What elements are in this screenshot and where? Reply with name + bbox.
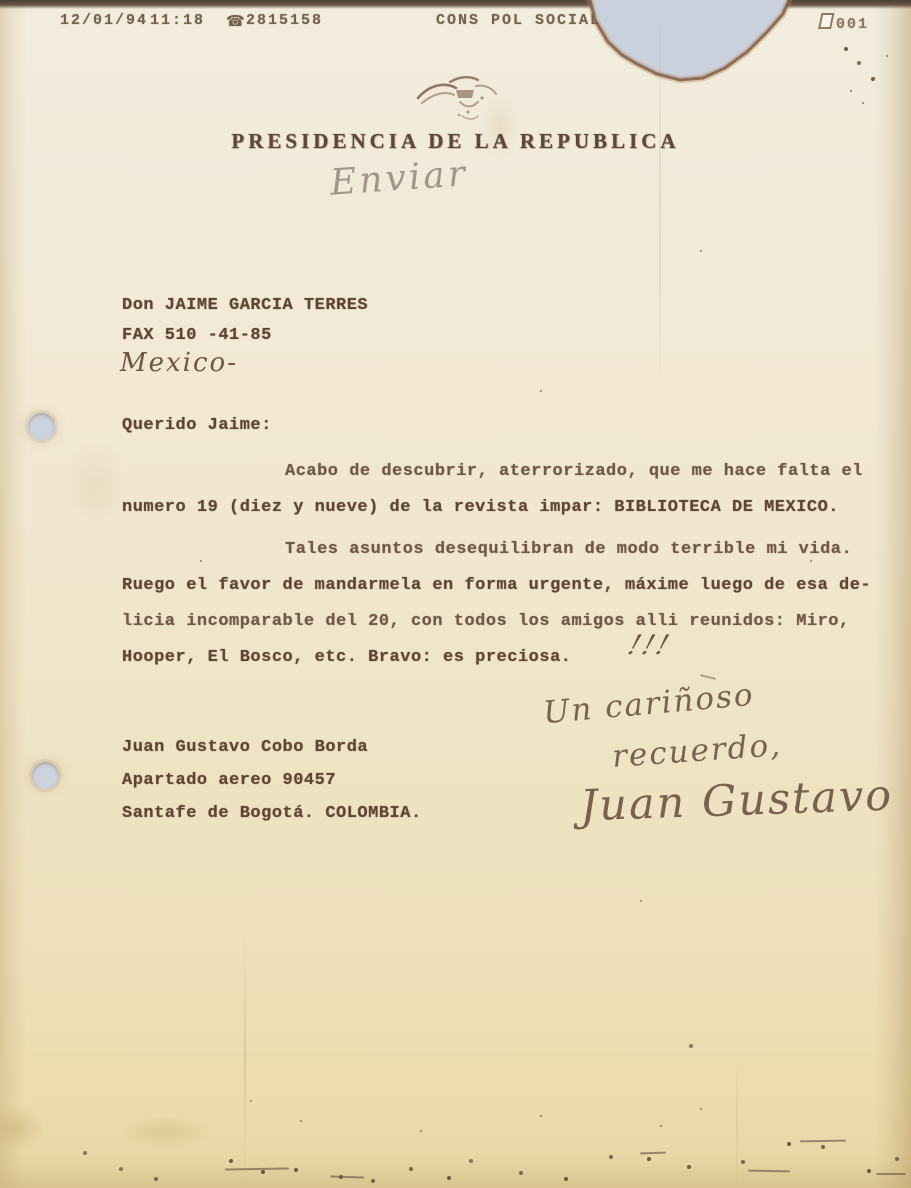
- paper-crease: [736, 1050, 738, 1188]
- sender-name: Juan Gustavo Cobo Borda: [122, 738, 368, 757]
- body-line: numero 19 (diez y nueve) de la revista i…: [122, 498, 839, 517]
- recipient-country-handwritten: Mexico-: [120, 348, 238, 378]
- torn-corner: [575, 0, 825, 95]
- recipient-name: Don JAIME GARCIA TERRES: [122, 296, 368, 315]
- fax-noise-dash: [876, 1173, 906, 1175]
- fax-page-number: 001: [820, 12, 869, 33]
- body-line: Ruego el favor de mandarmela en forma ur…: [122, 576, 871, 595]
- body-line: licia incomparable del 20, con todos los…: [122, 612, 850, 631]
- paper-stain: [120, 1115, 210, 1149]
- body-line: Tales asuntos desequilibran de modo terr…: [285, 540, 852, 559]
- recipient-fax: FAX 510 -41-85: [122, 326, 272, 345]
- paper-crease: [659, 0, 661, 400]
- fax-scan: 12/01/94 11:18 ☎ 2815158 CONS POL SOCIAL…: [0, 0, 911, 1188]
- hole-punch-top: [28, 413, 55, 440]
- fax-date: 12/01/94: [60, 12, 148, 29]
- paper-crease: [244, 930, 246, 1188]
- letterhead-title: PRESIDENCIA DE LA REPUBLICA: [0, 129, 911, 154]
- body-line: Hooper, El Bosco, etc. Bravo: es precios…: [122, 648, 571, 667]
- fax-phone-number: 2815158: [246, 12, 323, 29]
- hole-punch-bottom: [32, 762, 59, 789]
- fax-noise: [0, 0, 2, 2]
- paper-stain: [60, 440, 130, 530]
- body-line: Acabo de descubrir, aterrorizado, que me…: [285, 462, 863, 481]
- condor-crest-icon: [412, 72, 502, 122]
- sender-address: Apartado aereo 90457: [122, 771, 336, 790]
- page-icon: [818, 13, 834, 29]
- sender-address: Santafe de Bogotá. COLOMBIA.: [122, 804, 422, 823]
- salutation: Querido Jaime:: [122, 416, 272, 435]
- phone-icon: ☎: [226, 12, 245, 30]
- fax-time: 11:18: [150, 12, 205, 29]
- fax-station-name: CONS POL SOCIAL: [436, 12, 601, 29]
